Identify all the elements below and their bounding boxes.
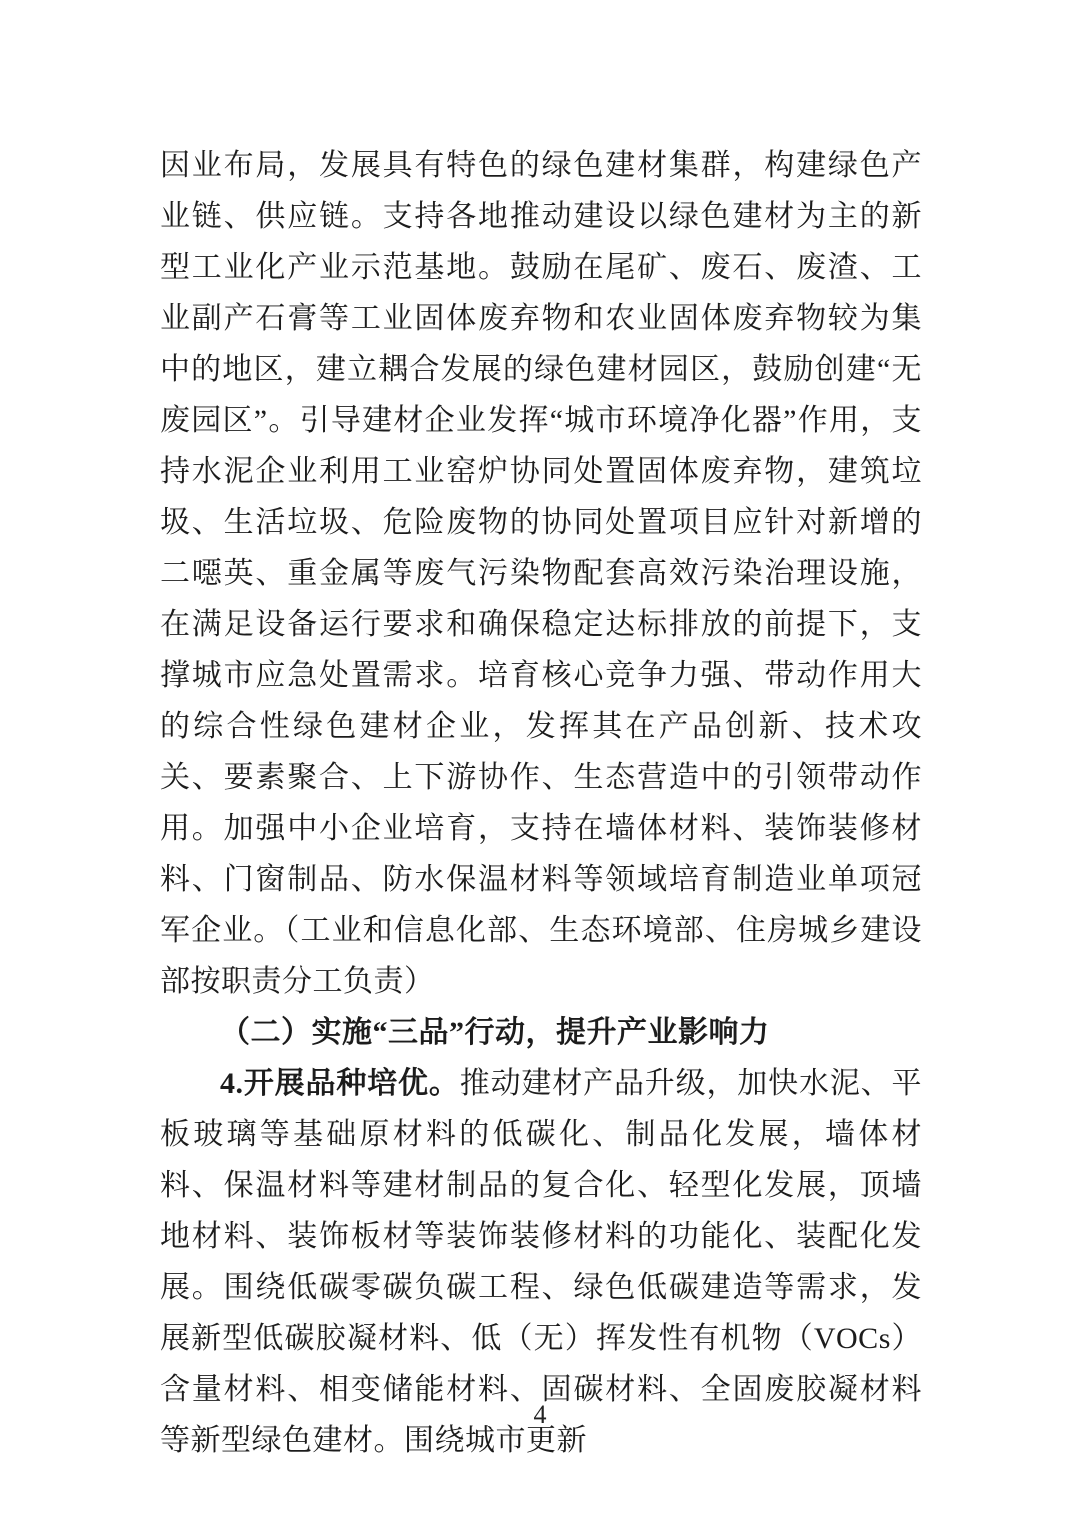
page-body: 因业布局，发展具有特色的绿色建材集群，构建绿色产业链、供应链。支持各地推动建设以… <box>160 140 922 1466</box>
item-4-lead: 4.开展品种培优。 <box>220 1067 460 1100</box>
paragraph-continuation: 因业布局，发展具有特色的绿色建材集群，构建绿色产业链、供应链。支持各地推动建设以… <box>160 140 922 1007</box>
page-footer: 4 <box>0 1398 1080 1432</box>
section-heading: （二）实施“三品”行动，提升产业影响力 <box>160 1007 922 1058</box>
page-number: 4 <box>534 1400 547 1429</box>
document-page: 因业布局，发展具有特色的绿色建材集群，构建绿色产业链、供应链。支持各地推动建设以… <box>0 0 1080 1527</box>
